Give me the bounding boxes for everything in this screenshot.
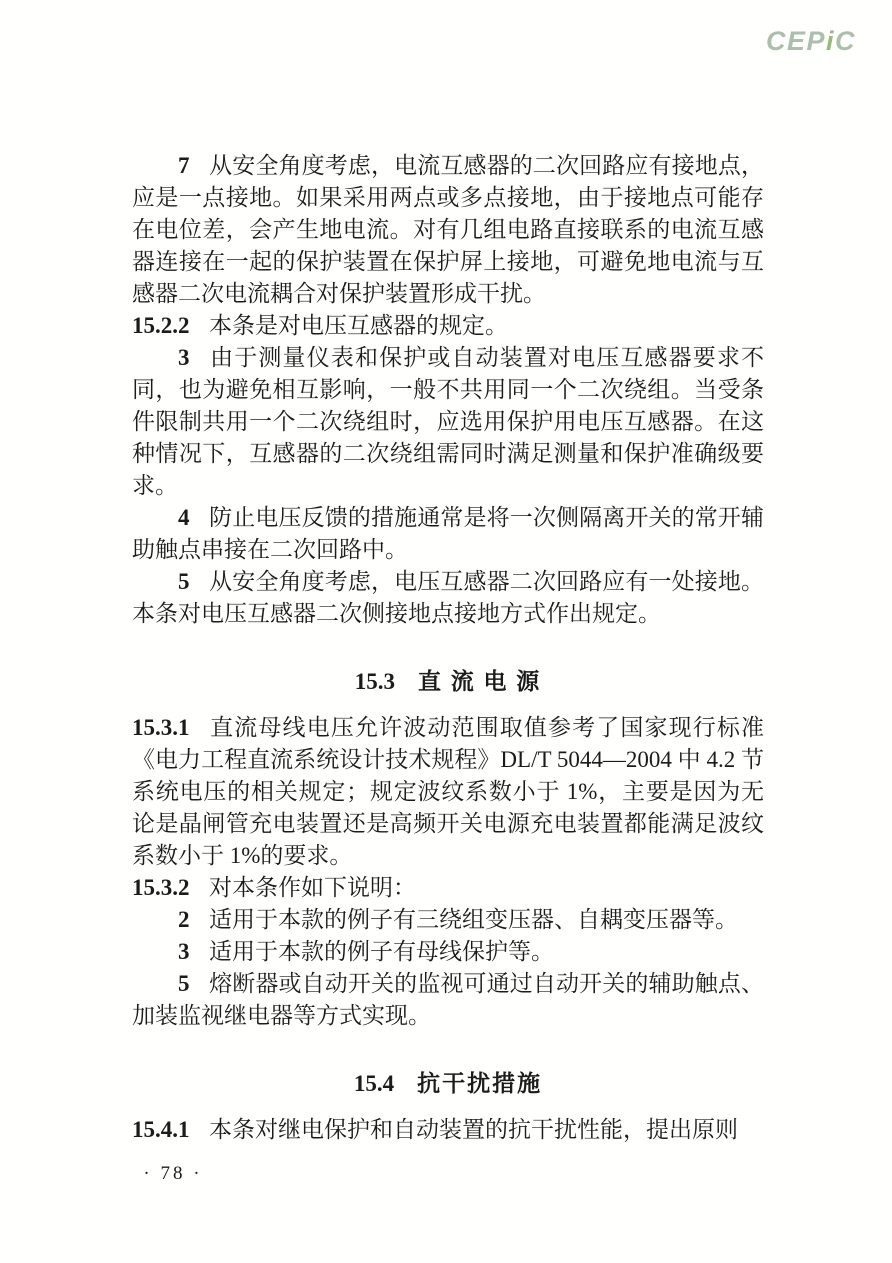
section-number: 15.4.1: [132, 1117, 190, 1142]
section-text: 本条对继电保护和自动装置的抗干扰性能，提出原则: [209, 1117, 738, 1142]
page-number: · 78 ·: [132, 1158, 764, 1190]
document-page: CEPiC 7从安全角度考虑，电流互感器的二次回路应有接地点，应是一点接地。如果…: [0, 0, 892, 1263]
clause-number: 4: [178, 505, 190, 530]
section-heading: 15.3直 流 电 源: [132, 666, 764, 698]
clause-paragraph: 3适用于本款的例子有母线保护等。: [132, 936, 764, 968]
clause-paragraph: 2适用于本款的例子有三绕组变压器、自耦变压器等。: [132, 904, 764, 936]
cepic-logo: CEPiC: [766, 26, 856, 57]
section-number: 15.3.1: [132, 715, 190, 740]
heading-number: 15.3: [355, 669, 395, 694]
section-paragraph: 15.2.2本条是对电压互感器的规定。: [132, 310, 764, 342]
section-text: 本条是对电压互感器的规定。: [209, 313, 508, 338]
section-paragraph: 15.3.2对本条作如下说明：: [132, 872, 764, 904]
section-number: 15.3.2: [132, 875, 190, 900]
section-heading: 15.4抗干扰措施: [132, 1068, 764, 1100]
clause-text: 从安全角度考虑，电压互感器二次回路应有一处接地。本条对电压互感器二次侧接地点接地…: [132, 569, 764, 626]
clause-number: 7: [178, 153, 190, 178]
clause-paragraph: 5熔断器或自动开关的监视可通过自动开关的辅助触点、加装监视继电器等方式实现。: [132, 968, 764, 1032]
clause-number: 5: [178, 569, 190, 594]
clause-paragraph: 4防止电压反馈的措施通常是将一次侧隔离开关的常开辅助触点串接在二次回路中。: [132, 502, 764, 566]
cepic-logo-text-right: C: [835, 26, 856, 56]
clause-paragraph: 7从安全角度考虑，电流互感器的二次回路应有接地点，应是一点接地。如果采用两点或多…: [132, 150, 764, 310]
clause-text: 由于测量仪表和保护或自动装置对电压互感器要求不同，也为避免相互影响，一般不共用同…: [132, 345, 764, 498]
heading-number: 15.4: [354, 1071, 394, 1096]
clause-number: 5: [178, 971, 190, 996]
section-text: 对本条作如下说明：: [209, 875, 416, 900]
clause-text: 适用于本款的例子有母线保护等。: [209, 939, 554, 964]
clause-number: 2: [178, 907, 190, 932]
body-text: 7从安全角度考虑，电流互感器的二次回路应有接地点，应是一点接地。如果采用两点或多…: [132, 150, 764, 1190]
section-paragraph: 15.3.1直流母线电压允许波动范围取值参考了国家现行标准《电力工程直流系统设计…: [132, 712, 764, 872]
clause-number: 3: [178, 345, 190, 370]
clause-paragraph: 5从安全角度考虑，电压互感器二次回路应有一处接地。本条对电压互感器二次侧接地点接…: [132, 566, 764, 630]
section-text: 直流母线电压允许波动范围取值参考了国家现行标准《电力工程直流系统设计技术规程》D…: [132, 715, 764, 868]
cepic-logo-letter-i: i: [826, 26, 835, 56]
section-paragraph: 15.4.1本条对继电保护和自动装置的抗干扰性能，提出原则: [132, 1114, 764, 1146]
clause-number: 3: [178, 939, 190, 964]
heading-title: 抗干扰措施: [417, 1071, 542, 1096]
section-number: 15.2.2: [132, 313, 190, 338]
clause-text: 熔断器或自动开关的监视可通过自动开关的辅助触点、加装监视继电器等方式实现。: [132, 971, 764, 1028]
cepic-logo-text-left: CEP: [766, 26, 826, 56]
clause-text: 从安全角度考虑，电流互感器的二次回路应有接地点，应是一点接地。如果采用两点或多点…: [132, 153, 764, 306]
clause-paragraph: 3由于测量仪表和保护或自动装置对电压互感器要求不同，也为避免相互影响，一般不共用…: [132, 342, 764, 502]
clause-text: 适用于本款的例子有三绕组变压器、自耦变压器等。: [209, 907, 738, 932]
clause-text: 防止电压反馈的措施通常是将一次侧隔离开关的常开辅助触点串接在二次回路中。: [132, 505, 764, 562]
heading-title: 直 流 电 源: [418, 669, 541, 694]
